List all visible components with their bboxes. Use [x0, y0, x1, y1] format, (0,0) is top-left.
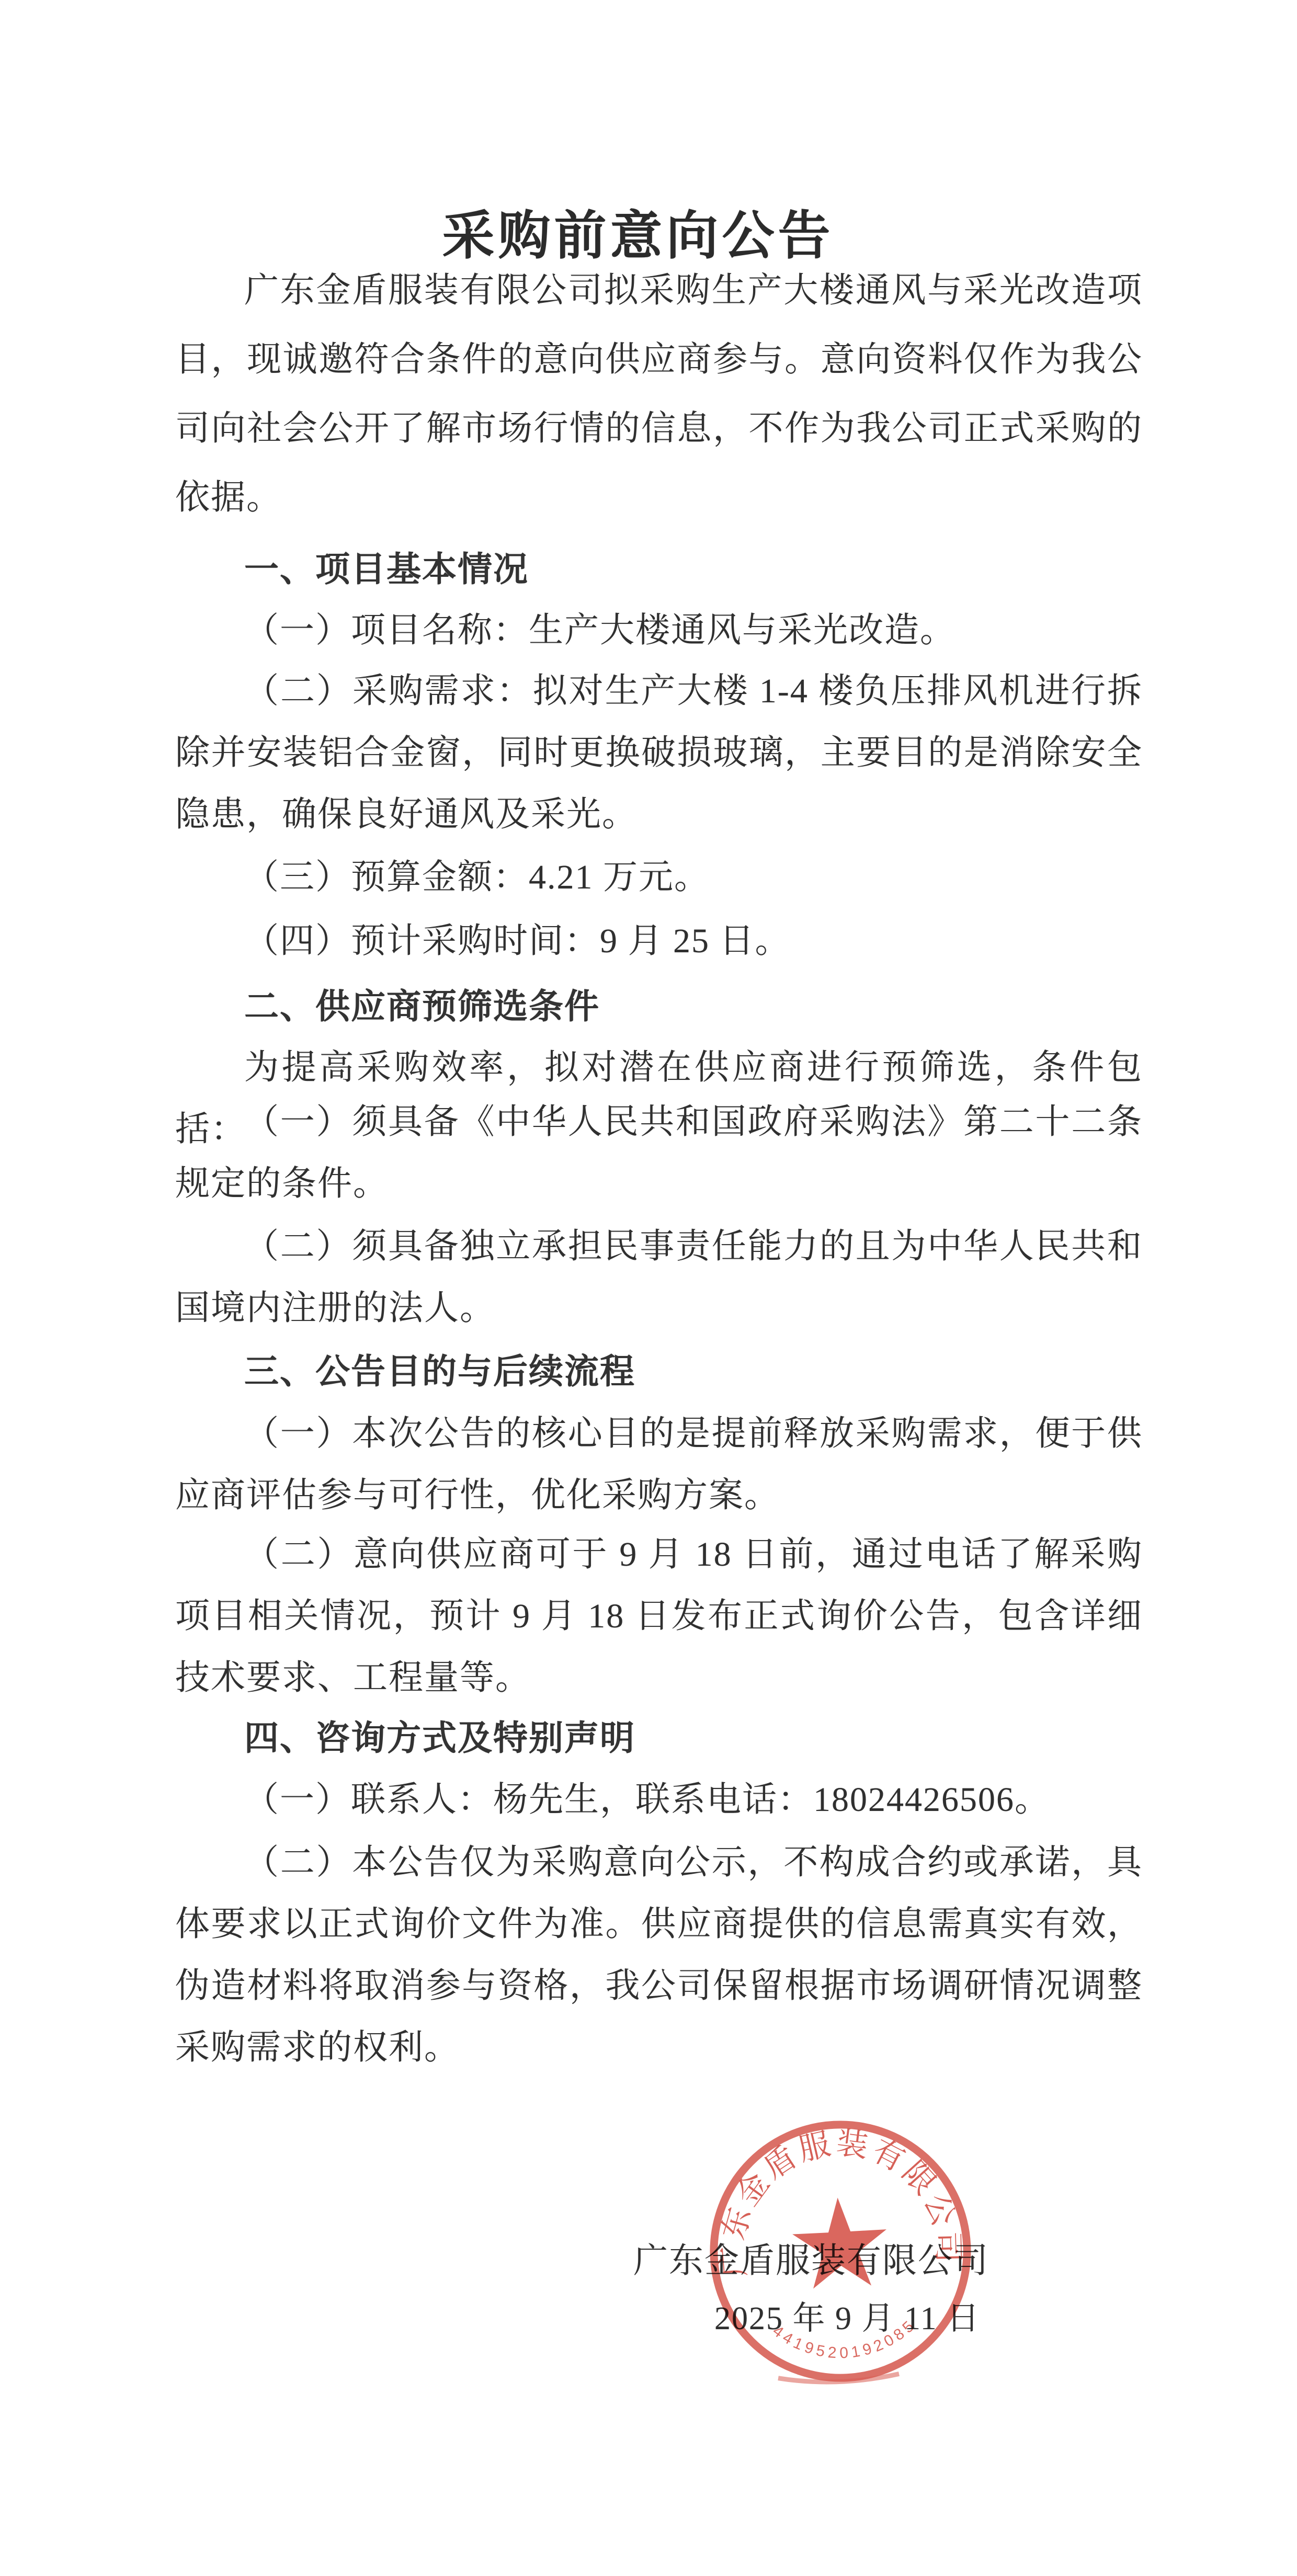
purpose-item-1: （一）本次公告的核心目的是提前释放采购需求，便于供应商评估参与可行性，优化采购方…	[175, 1403, 1143, 1526]
section-heading-2: 二、供应商预筛选条件	[175, 975, 1143, 1037]
prescreen-condition-2: （二）须具备独立承担民事责任能力的且为中华人民共和国境内注册的法人。	[175, 1216, 1143, 1339]
contact-info: （一）联系人：杨先生，联系电话：18024426506。	[175, 1769, 1143, 1831]
item-procurement-demand: （二）采购需求：拟对生产大楼 1-4 楼负压排风机进行拆除并安装铝合金窗，同时更…	[175, 660, 1143, 846]
disclaimer: （二）本公告仅为采购意向公示，不构成合约或承诺，具体要求以正式询价文件为准。供应…	[175, 1832, 1143, 2079]
section-heading-3: 三、公告目的与后续流程	[175, 1340, 1143, 1402]
purpose-item-2: （二）意向供应商可于 9 月 18 日前，通过电话了解采购项目相关情况，预计 9…	[175, 1524, 1143, 1709]
seal-serial-number: 4419520192085	[769, 2315, 921, 2366]
section-heading-1: 一、项目基本情况	[175, 538, 1143, 600]
scanned-document-page: 采购前意向公告 广东金盾服装有限公司拟采购生产大楼通风与采光改造项目，现诚邀符合…	[0, 0, 1297, 2576]
intro-paragraph: 广东金盾服装有限公司拟采购生产大楼通风与采光改造项目，现诚邀符合条件的意向供应商…	[175, 256, 1143, 532]
item-budget-amount: （三）预算金额：4.21 万元。	[175, 847, 1143, 908]
seal-star-icon	[791, 2195, 890, 2289]
svg-text:4419520192085: 4419520192085	[769, 2315, 921, 2366]
company-seal: 广东金盾服装有限公司 4419520192085	[698, 2109, 983, 2393]
item-project-name: （一）项目名称：生产大楼通风与采光改造。	[175, 600, 1143, 662]
prescreen-condition-1: （一）须具备《中华人民共和国政府采购法》第二十二条规定的条件。	[175, 1091, 1143, 1215]
item-estimated-time: （四）预计采购时间：9 月 25 日。	[175, 910, 1143, 972]
section-heading-4: 四、咨询方式及特别声明	[175, 1707, 1143, 1769]
